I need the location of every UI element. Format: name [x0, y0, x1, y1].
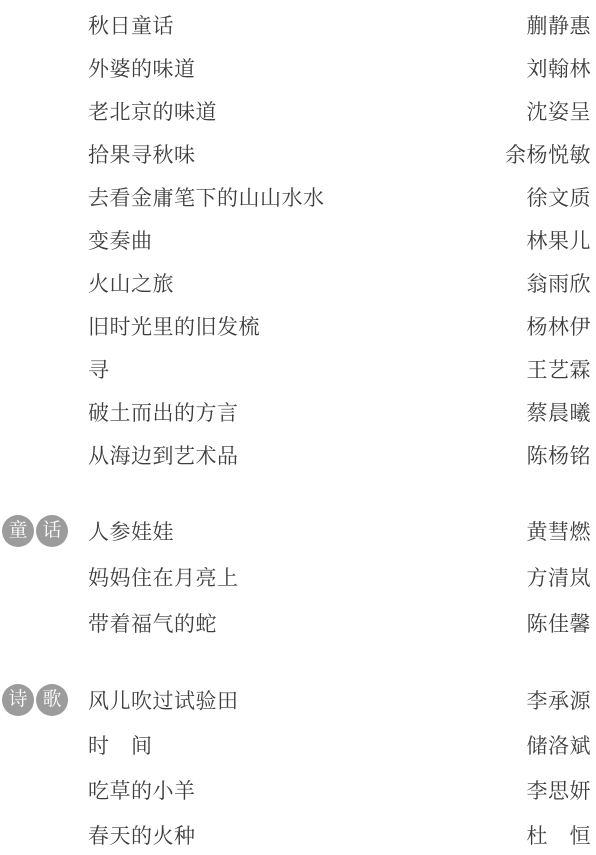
- entry-author: 陈佳馨: [527, 608, 592, 638]
- entry-author: 蒯静惠: [527, 10, 592, 40]
- toc-entry-row: 吃草的小羊 李思妍: [0, 767, 596, 812]
- toc-page: 秋日童话 蒯静惠 外婆的味道 刘翰林 老北京的味道 沈姿呈 拾果寻秋味 余杨悦敏…: [0, 0, 596, 855]
- entry-title: 时 间: [88, 730, 153, 760]
- entry-author: 陈杨铭: [527, 440, 592, 470]
- entry-title: 去看金庸笔下的山山水水: [88, 182, 325, 212]
- toc-entry-row: 去看金庸笔下的山山水水 徐文质: [0, 175, 596, 218]
- section-badge-shige: 诗 歌: [2, 684, 68, 716]
- entry-author: 沈姿呈: [527, 96, 592, 126]
- entry-title: 老北京的味道: [88, 96, 217, 126]
- toc-entry-row: 时 间 储洛斌: [0, 722, 596, 767]
- entry-author: 王艺霖: [527, 354, 592, 384]
- entry-author: 蔡晨曦: [527, 397, 592, 427]
- entry-title: 人参娃娃: [88, 516, 174, 546]
- entry-title: 火山之旅: [88, 268, 174, 298]
- toc-section-untitled: 秋日童话 蒯静惠 外婆的味道 刘翰林 老北京的味道 沈姿呈 拾果寻秋味 余杨悦敏…: [0, 3, 596, 476]
- entry-title: 秋日童话: [88, 10, 174, 40]
- toc-entry-row: 童 话 人参娃娃 黄彗燃: [0, 508, 596, 554]
- toc-entry-row: 诗 歌 风儿吹过试验田 李承源: [0, 677, 596, 722]
- toc-entry-row: 秋日童话 蒯静惠: [0, 3, 596, 46]
- entry-title: 风儿吹过试验田: [88, 685, 239, 715]
- entry-title: 春天的火种: [88, 820, 196, 850]
- badge-circle: 诗: [2, 684, 34, 716]
- entry-title: 拾果寻秋味: [88, 139, 196, 169]
- toc-entry-row: 老北京的味道 沈姿呈: [0, 89, 596, 132]
- badge-circle: 歌: [36, 684, 68, 716]
- toc-entry-row: 破土而出的方言 蔡晨曦: [0, 390, 596, 433]
- entry-author: 徐文质: [527, 182, 592, 212]
- entry-author: 余杨悦敏: [505, 139, 591, 169]
- badge-circle: 话: [36, 515, 68, 547]
- entry-author: 杜 恒: [527, 820, 592, 850]
- toc-entry-row: 春天的火种 杜 恒: [0, 812, 596, 855]
- toc-entry-row: 带着福气的蛇 陈佳馨: [0, 600, 596, 646]
- entry-author: 黄彗燃: [527, 516, 592, 546]
- toc-entry-row: 旧时光里的旧发梳 杨林伊: [0, 304, 596, 347]
- entry-author: 李承源: [527, 685, 592, 715]
- section-badge-tonghua: 童 话: [2, 515, 68, 547]
- entry-title: 吃草的小羊: [88, 775, 196, 805]
- toc-section-shige: 诗 歌 风儿吹过试验田 李承源 时 间 储洛斌 吃草的小羊 李思妍 春天的火种 …: [0, 677, 596, 855]
- entry-author: 刘翰林: [527, 53, 592, 83]
- toc-entry-row: 变奏曲 林果儿: [0, 218, 596, 261]
- entry-title: 从海边到艺术品: [88, 440, 239, 470]
- entry-author: 方清岚: [527, 562, 592, 592]
- toc-entry-row: 妈妈住在月亮上 方清岚: [0, 554, 596, 600]
- entry-author: 林果儿: [527, 225, 592, 255]
- entry-title: 妈妈住在月亮上: [88, 562, 239, 592]
- toc-entry-row: 寻 王艺霖: [0, 347, 596, 390]
- entry-title: 带着福气的蛇: [88, 608, 217, 638]
- toc-entry-row: 火山之旅 翁雨欣: [0, 261, 596, 304]
- entry-title: 寻: [88, 354, 110, 384]
- toc-section-tonghua: 童 话 人参娃娃 黄彗燃 妈妈住在月亮上 方清岚 带着福气的蛇 陈佳馨: [0, 508, 596, 646]
- entry-author: 李思妍: [527, 775, 592, 805]
- entry-author: 杨林伊: [527, 311, 592, 341]
- entry-title: 旧时光里的旧发梳: [88, 311, 260, 341]
- entry-author: 翁雨欣: [527, 268, 592, 298]
- toc-entry-row: 拾果寻秋味 余杨悦敏: [0, 132, 596, 175]
- entry-title: 外婆的味道: [88, 53, 196, 83]
- entry-author: 储洛斌: [527, 730, 592, 760]
- entry-title: 破土而出的方言: [88, 397, 239, 427]
- badge-circle: 童: [2, 515, 34, 547]
- entry-title: 变奏曲: [88, 225, 153, 255]
- toc-entry-row: 外婆的味道 刘翰林: [0, 46, 596, 89]
- toc-entry-row: 从海边到艺术品 陈杨铭: [0, 433, 596, 476]
